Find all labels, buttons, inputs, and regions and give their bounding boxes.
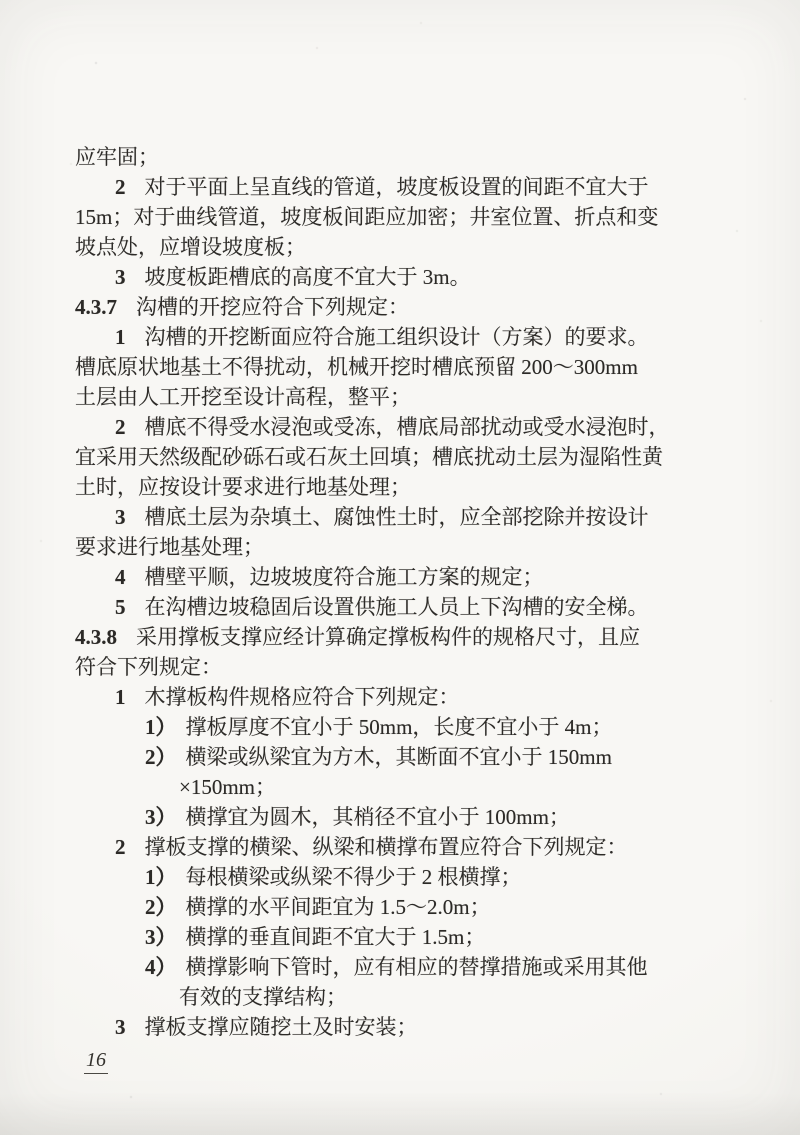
clause-number: 5 xyxy=(115,592,126,622)
clause-number: 2 xyxy=(115,412,126,442)
line-text: 应牢固； xyxy=(75,145,159,169)
line-text: 沟槽的开挖应符合下列规定： xyxy=(136,295,409,319)
page-number: 16 xyxy=(84,1049,108,1074)
line-text: 土时，应按设计要求进行地基处理； xyxy=(75,475,411,499)
text-line: 1沟槽的开挖断面应符合施工组织设计（方案）的要求。 xyxy=(115,322,675,352)
text-line: 1木撑板构件规格应符合下列规定： xyxy=(115,682,675,712)
text-line: 应牢固； xyxy=(75,142,675,172)
text-line: 有效的支撑结构； xyxy=(179,982,675,1012)
text-line: 3）横撑宜为圆木，其梢径不宜小于 100mm； xyxy=(145,802,675,832)
text-line: 1）撑板厚度不宜小于 50mm，长度不宜小于 4m； xyxy=(145,712,675,742)
clause-number: 3 xyxy=(115,262,126,292)
clause-number: 1） xyxy=(145,712,177,742)
clause-number: 2） xyxy=(145,892,177,922)
line-text: 槽壁平顺，边坡坡度符合施工方案的规定； xyxy=(145,565,544,589)
text-line: ×150mm； xyxy=(179,772,675,802)
line-text: 撑板支撑的横梁、纵梁和横撑布置应符合下列规定： xyxy=(145,835,628,859)
line-text: 撑板厚度不宜小于 50mm，长度不宜小于 4m； xyxy=(186,715,613,739)
scanned-document-page: 应牢固；2对于平面上呈直线的管道，坡度板设置的间距不宜大于15m；对于曲线管道，… xyxy=(0,0,800,1135)
line-text: 符合下列规定： xyxy=(75,655,222,679)
text-line: 土层由人工开挖至设计高程，整平； xyxy=(75,382,675,412)
line-text: 横撑的垂直间距不宜大于 1.5m； xyxy=(186,925,486,949)
text-line: 1）每根横梁或纵梁不得少于 2 根横撑； xyxy=(145,862,675,892)
line-text: 采用撑板支撑应经计算确定撑板构件的规格尺寸，且应 xyxy=(136,625,640,649)
line-text: 宜采用天然级配砂砾石或石灰土回填；槽底扰动土层为湿陷性黄 xyxy=(75,445,663,469)
line-text: 在沟槽边坡稳固后设置供施工人员上下沟槽的安全梯。 xyxy=(145,595,649,619)
line-text: 撑板支撑应随挖土及时安装； xyxy=(145,1015,418,1039)
text-line: 5在沟槽边坡稳固后设置供施工人员上下沟槽的安全梯。 xyxy=(115,592,675,622)
text-line: 2）横梁或纵梁宜为方木，其断面不宜小于 150mm xyxy=(145,742,675,772)
clause-number: 3 xyxy=(115,502,126,532)
text-line: 3）横撑的垂直间距不宜大于 1.5m； xyxy=(145,922,675,952)
text-line: 4.3.8采用撑板支撑应经计算确定撑板构件的规格尺寸，且应 xyxy=(75,622,675,652)
line-text: 要求进行地基处理； xyxy=(75,535,264,559)
text-line: 2）横撑的水平间距宜为 1.5～2.0m； xyxy=(145,892,675,922)
line-text: 15m；对于曲线管道，坡度板间距应加密；井室位置、折点和变 xyxy=(75,205,658,229)
text-line: 2槽底不得受水浸泡或受冻，槽底局部扰动或受水浸泡时， xyxy=(115,412,675,442)
line-text: 沟槽的开挖断面应符合施工组织设计（方案）的要求。 xyxy=(145,325,649,349)
clause-number: 3） xyxy=(145,802,177,832)
scan-edge-shadow xyxy=(0,1093,800,1135)
clause-number: 3 xyxy=(115,1012,126,1042)
text-line: 4.3.7沟槽的开挖应符合下列规定： xyxy=(75,292,675,322)
text-line: 槽底原状地基土不得扰动，机械开挖时槽底预留 200～300mm xyxy=(75,352,675,382)
line-text: 木撑板构件规格应符合下列规定： xyxy=(145,685,460,709)
clause-number: 2） xyxy=(145,742,177,772)
text-line: 要求进行地基处理； xyxy=(75,532,675,562)
line-text: 坡度板距槽底的高度不宜大于 3m。 xyxy=(145,265,471,289)
text-line: 2撑板支撑的横梁、纵梁和横撑布置应符合下列规定： xyxy=(115,832,675,862)
clause-number: 2 xyxy=(115,832,126,862)
line-text: 每根横梁或纵梁不得少于 2 根横撑； xyxy=(186,865,522,889)
text-line: 3槽底土层为杂填土、腐蚀性土时，应全部挖除并按设计 xyxy=(115,502,675,532)
page-text-body: 应牢固；2对于平面上呈直线的管道，坡度板设置的间距不宜大于15m；对于曲线管道，… xyxy=(75,142,675,1042)
line-text: 坡点处，应增设坡度板； xyxy=(75,235,306,259)
text-line: 土时，应按设计要求进行地基处理； xyxy=(75,472,675,502)
clause-number: 1） xyxy=(145,862,177,892)
line-text: 横撑宜为圆木，其梢径不宜小于 100mm； xyxy=(186,805,570,829)
text-line: 宜采用天然级配砂砾石或石灰土回填；槽底扰动土层为湿陷性黄 xyxy=(75,442,675,472)
clause-number: 3） xyxy=(145,922,177,952)
text-line: 符合下列规定： xyxy=(75,652,675,682)
line-text: 槽底原状地基土不得扰动，机械开挖时槽底预留 200～300mm xyxy=(75,355,638,379)
clause-number: 1 xyxy=(115,322,126,352)
line-text: 对于平面上呈直线的管道，坡度板设置的间距不宜大于 xyxy=(145,175,649,199)
text-line: 4槽壁平顺，边坡坡度符合施工方案的规定； xyxy=(115,562,675,592)
clause-number: 4.3.7 xyxy=(75,292,117,322)
text-line: 3坡度板距槽底的高度不宜大于 3m。 xyxy=(115,262,675,292)
clause-number: 4 xyxy=(115,562,126,592)
clause-number: 4） xyxy=(145,952,177,982)
line-text: 有效的支撑结构； xyxy=(179,985,347,1009)
clause-number: 4.3.8 xyxy=(75,622,117,652)
clause-number: 2 xyxy=(115,172,126,202)
line-text: 土层由人工开挖至设计高程，整平； xyxy=(75,385,411,409)
scan-noise-speckles xyxy=(0,0,2,2)
text-line: 2对于平面上呈直线的管道，坡度板设置的间距不宜大于 xyxy=(115,172,675,202)
line-text: ×150mm； xyxy=(179,775,276,799)
line-text: 槽底土层为杂填土、腐蚀性土时，应全部挖除并按设计 xyxy=(145,505,649,529)
text-line: 坡点处，应增设坡度板； xyxy=(75,232,675,262)
line-text: 横撑影响下管时，应有相应的替撑措施或采用其他 xyxy=(186,955,648,979)
line-text: 横撑的水平间距宜为 1.5～2.0m； xyxy=(186,895,491,919)
text-line: 4）横撑影响下管时，应有相应的替撑措施或采用其他 xyxy=(145,952,675,982)
line-text: 槽底不得受水浸泡或受冻，槽底局部扰动或受水浸泡时， xyxy=(145,415,670,439)
line-text: 横梁或纵梁宜为方木，其断面不宜小于 150mm xyxy=(186,745,612,769)
text-line: 15m；对于曲线管道，坡度板间距应加密；井室位置、折点和变 xyxy=(75,202,675,232)
clause-number: 1 xyxy=(115,682,126,712)
text-line: 3撑板支撑应随挖土及时安装； xyxy=(115,1012,675,1042)
